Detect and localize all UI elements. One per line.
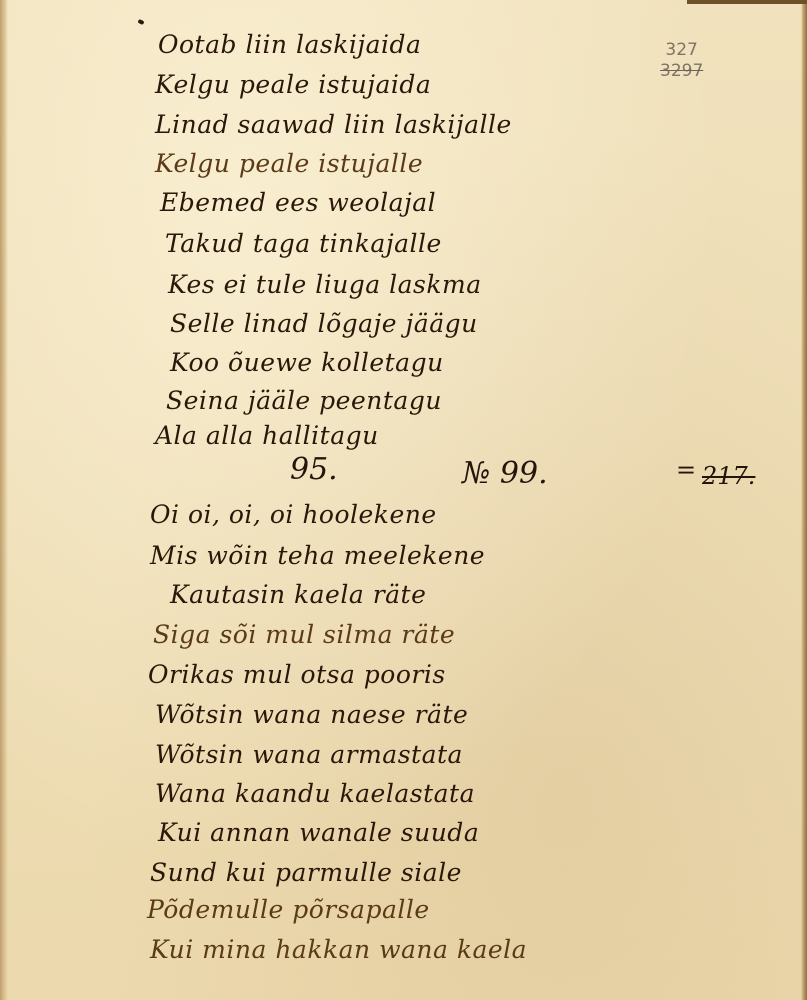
verse-line: Kelgu peale istujalle	[155, 149, 423, 178]
page-top-edge	[687, 0, 807, 4]
verse-line: Seina jääle peentagu	[166, 386, 442, 415]
verse-line: Kelgu peale istujaida	[155, 70, 431, 99]
verse-line: Ala alla hallitagu	[155, 421, 379, 450]
verse-line: Selle linad lõgaje jäägu	[170, 309, 478, 338]
verse-line: Orikas mul otsa pooris	[148, 660, 446, 689]
verse-line: Kui annan wanale suuda	[158, 818, 479, 847]
verse-line: Siga sõi mul silma räte	[153, 620, 455, 649]
verse-line: Takud taga tinkajalle	[165, 229, 442, 258]
verse-line: Kautasin kaela räte	[170, 580, 426, 609]
verse-line: Põdemulle põrsapalle	[147, 895, 430, 924]
verse-line: Wõtsin wana naese räte	[155, 700, 468, 729]
archive-numbers: 327 3297	[660, 40, 703, 83]
equals-sign: =	[676, 456, 696, 484]
ink-blot	[137, 19, 144, 25]
archive-number-current: 327	[660, 40, 703, 61]
catalog-number: № 99.	[462, 456, 548, 491]
page-right-edge	[801, 0, 807, 1000]
song-number: 95.	[290, 452, 338, 487]
verse-line: Linad saawad liin laskijalle	[155, 110, 512, 139]
manuscript-page: 327 3297 Ootab liin laskijaida Kelgu pea…	[0, 0, 807, 1000]
verse-line: Wõtsin wana armastata	[155, 740, 463, 769]
verse-line: Ootab liin laskijaida	[158, 30, 421, 59]
archive-number-struck: 3297	[660, 61, 703, 82]
old-number-struck: 217.	[702, 462, 755, 490]
verse-line: Oi oi, oi, oi hoolekene	[150, 500, 437, 529]
verse-line: Wana kaandu kaelastata	[155, 779, 475, 808]
verse-line: Koo õuewe kolletagu	[170, 348, 444, 377]
verse-line: Sund kui parmulle siale	[150, 858, 462, 887]
verse-line: Ebemed ees weolajal	[160, 188, 436, 217]
verse-line: Mis wõin teha meelekene	[150, 541, 485, 570]
verse-line: Kes ei tule liuga laskma	[168, 270, 482, 299]
verse-line: Kui mina hakkan wana kaela	[150, 935, 527, 964]
page-binding-edge	[0, 0, 8, 1000]
